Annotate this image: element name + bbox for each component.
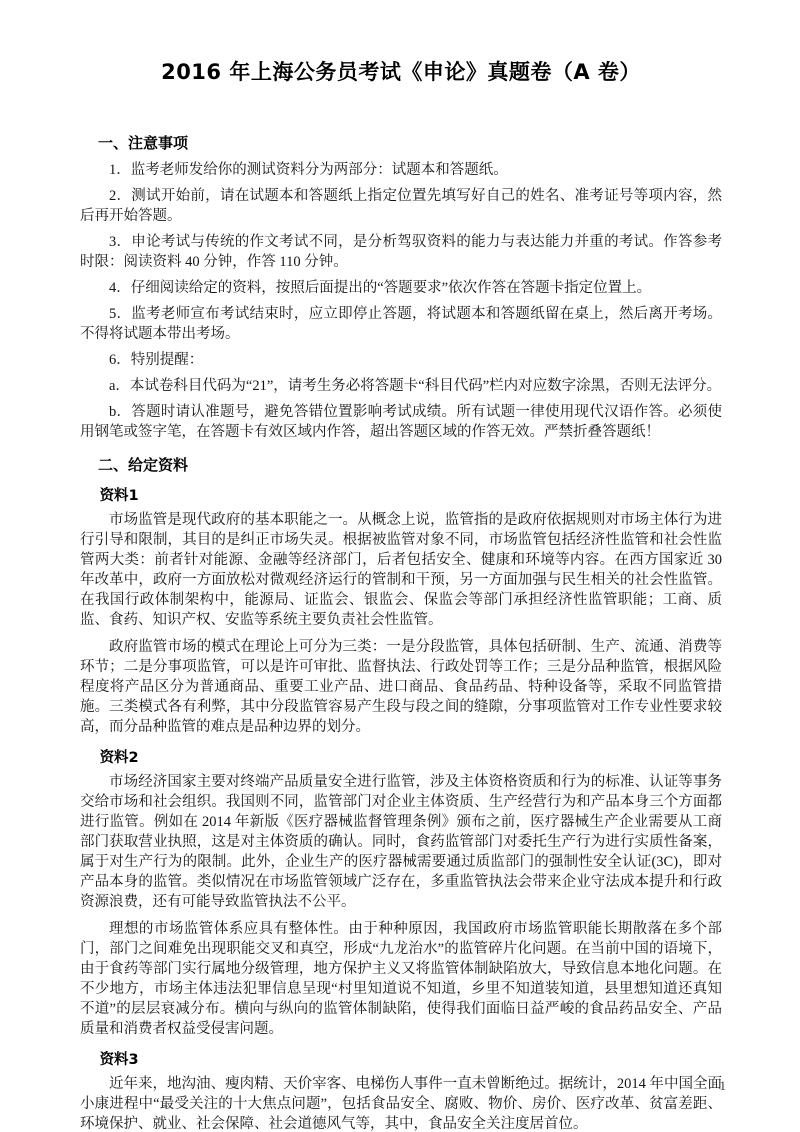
notice-item-6a: a．本试卷科目代码为“21”，请考生务必将答题卡“科目代码”栏内对应数字涂黑，否… xyxy=(80,376,722,396)
materials-section-heading: 二、给定资料 xyxy=(80,454,722,475)
material-1-label: 资料1 xyxy=(80,484,722,505)
material-2-label: 资料2 xyxy=(80,746,722,767)
material-1-paragraph-1: 市场监管是现代政府的基本职能之一。从概念上说，监管指的是政府依据规则对市场主体行… xyxy=(80,510,722,630)
notice-item-2: 2．测试开始前，请在试题本和答题纸上指定位置先填写好自己的姓名、准考证号等项内容… xyxy=(80,186,722,226)
material-2-paragraph-1: 市场经济国家主要对终端产品质量安全进行监管，涉及主体资格资质和行为的标准、认证等… xyxy=(80,772,722,912)
material-1-paragraph-2: 政府监管市场的模式在理论上可分为三类：一是分段监管，具体包括研制、生产、流通、消… xyxy=(80,637,722,737)
document-page: 2016 年上海公务员考试《申论》真题卷（A 卷） 一、注意事项 1．监考老师发… xyxy=(0,0,800,1132)
notice-section-heading: 一、注意事项 xyxy=(80,132,722,153)
notice-item-6b: b．答题时请认准题号，避免答错位置影响考试成绩。所有试题一律使用现代汉语作答。必… xyxy=(80,402,722,442)
material-3-label: 资料3 xyxy=(80,1048,722,1069)
notice-item-3: 3．申论考试与传统的作文考试不同，是分析驾驭资料的能力与表达能力并重的考试。作答… xyxy=(80,232,722,272)
notice-item-4: 4．仔细阅读给定的资料，按照后面提出的“答题要求”依次作答在答题卡指定位置上。 xyxy=(80,278,722,298)
document-title: 2016 年上海公务员考试《申论》真题卷（A 卷） xyxy=(80,56,722,86)
notice-item-1: 1．监考老师发给你的测试资料分为两部分：试题本和答题纸。 xyxy=(80,160,722,180)
notice-item-6: 6．特别提醒： xyxy=(80,350,722,370)
notice-item-5: 5．监考老师宣布考试结束时，应立即停止答题，将试题本和答题纸留在桌上，然后离开考… xyxy=(80,304,722,344)
material-2-paragraph-2: 理想的市场监管体系应具有整体性。由于种种原因，我国政府市场监管职能长期散落在多个… xyxy=(80,919,722,1039)
page-number: 1 xyxy=(720,1078,727,1094)
document-content: 2016 年上海公务员考试《申论》真题卷（A 卷） 一、注意事项 1．监考老师发… xyxy=(0,0,800,1132)
material-3-paragraph-1: 近年来，地沟油、瘦肉精、天价宰客、电梯伤人事件一直未曾断绝过。据统计，2014 … xyxy=(80,1074,722,1132)
